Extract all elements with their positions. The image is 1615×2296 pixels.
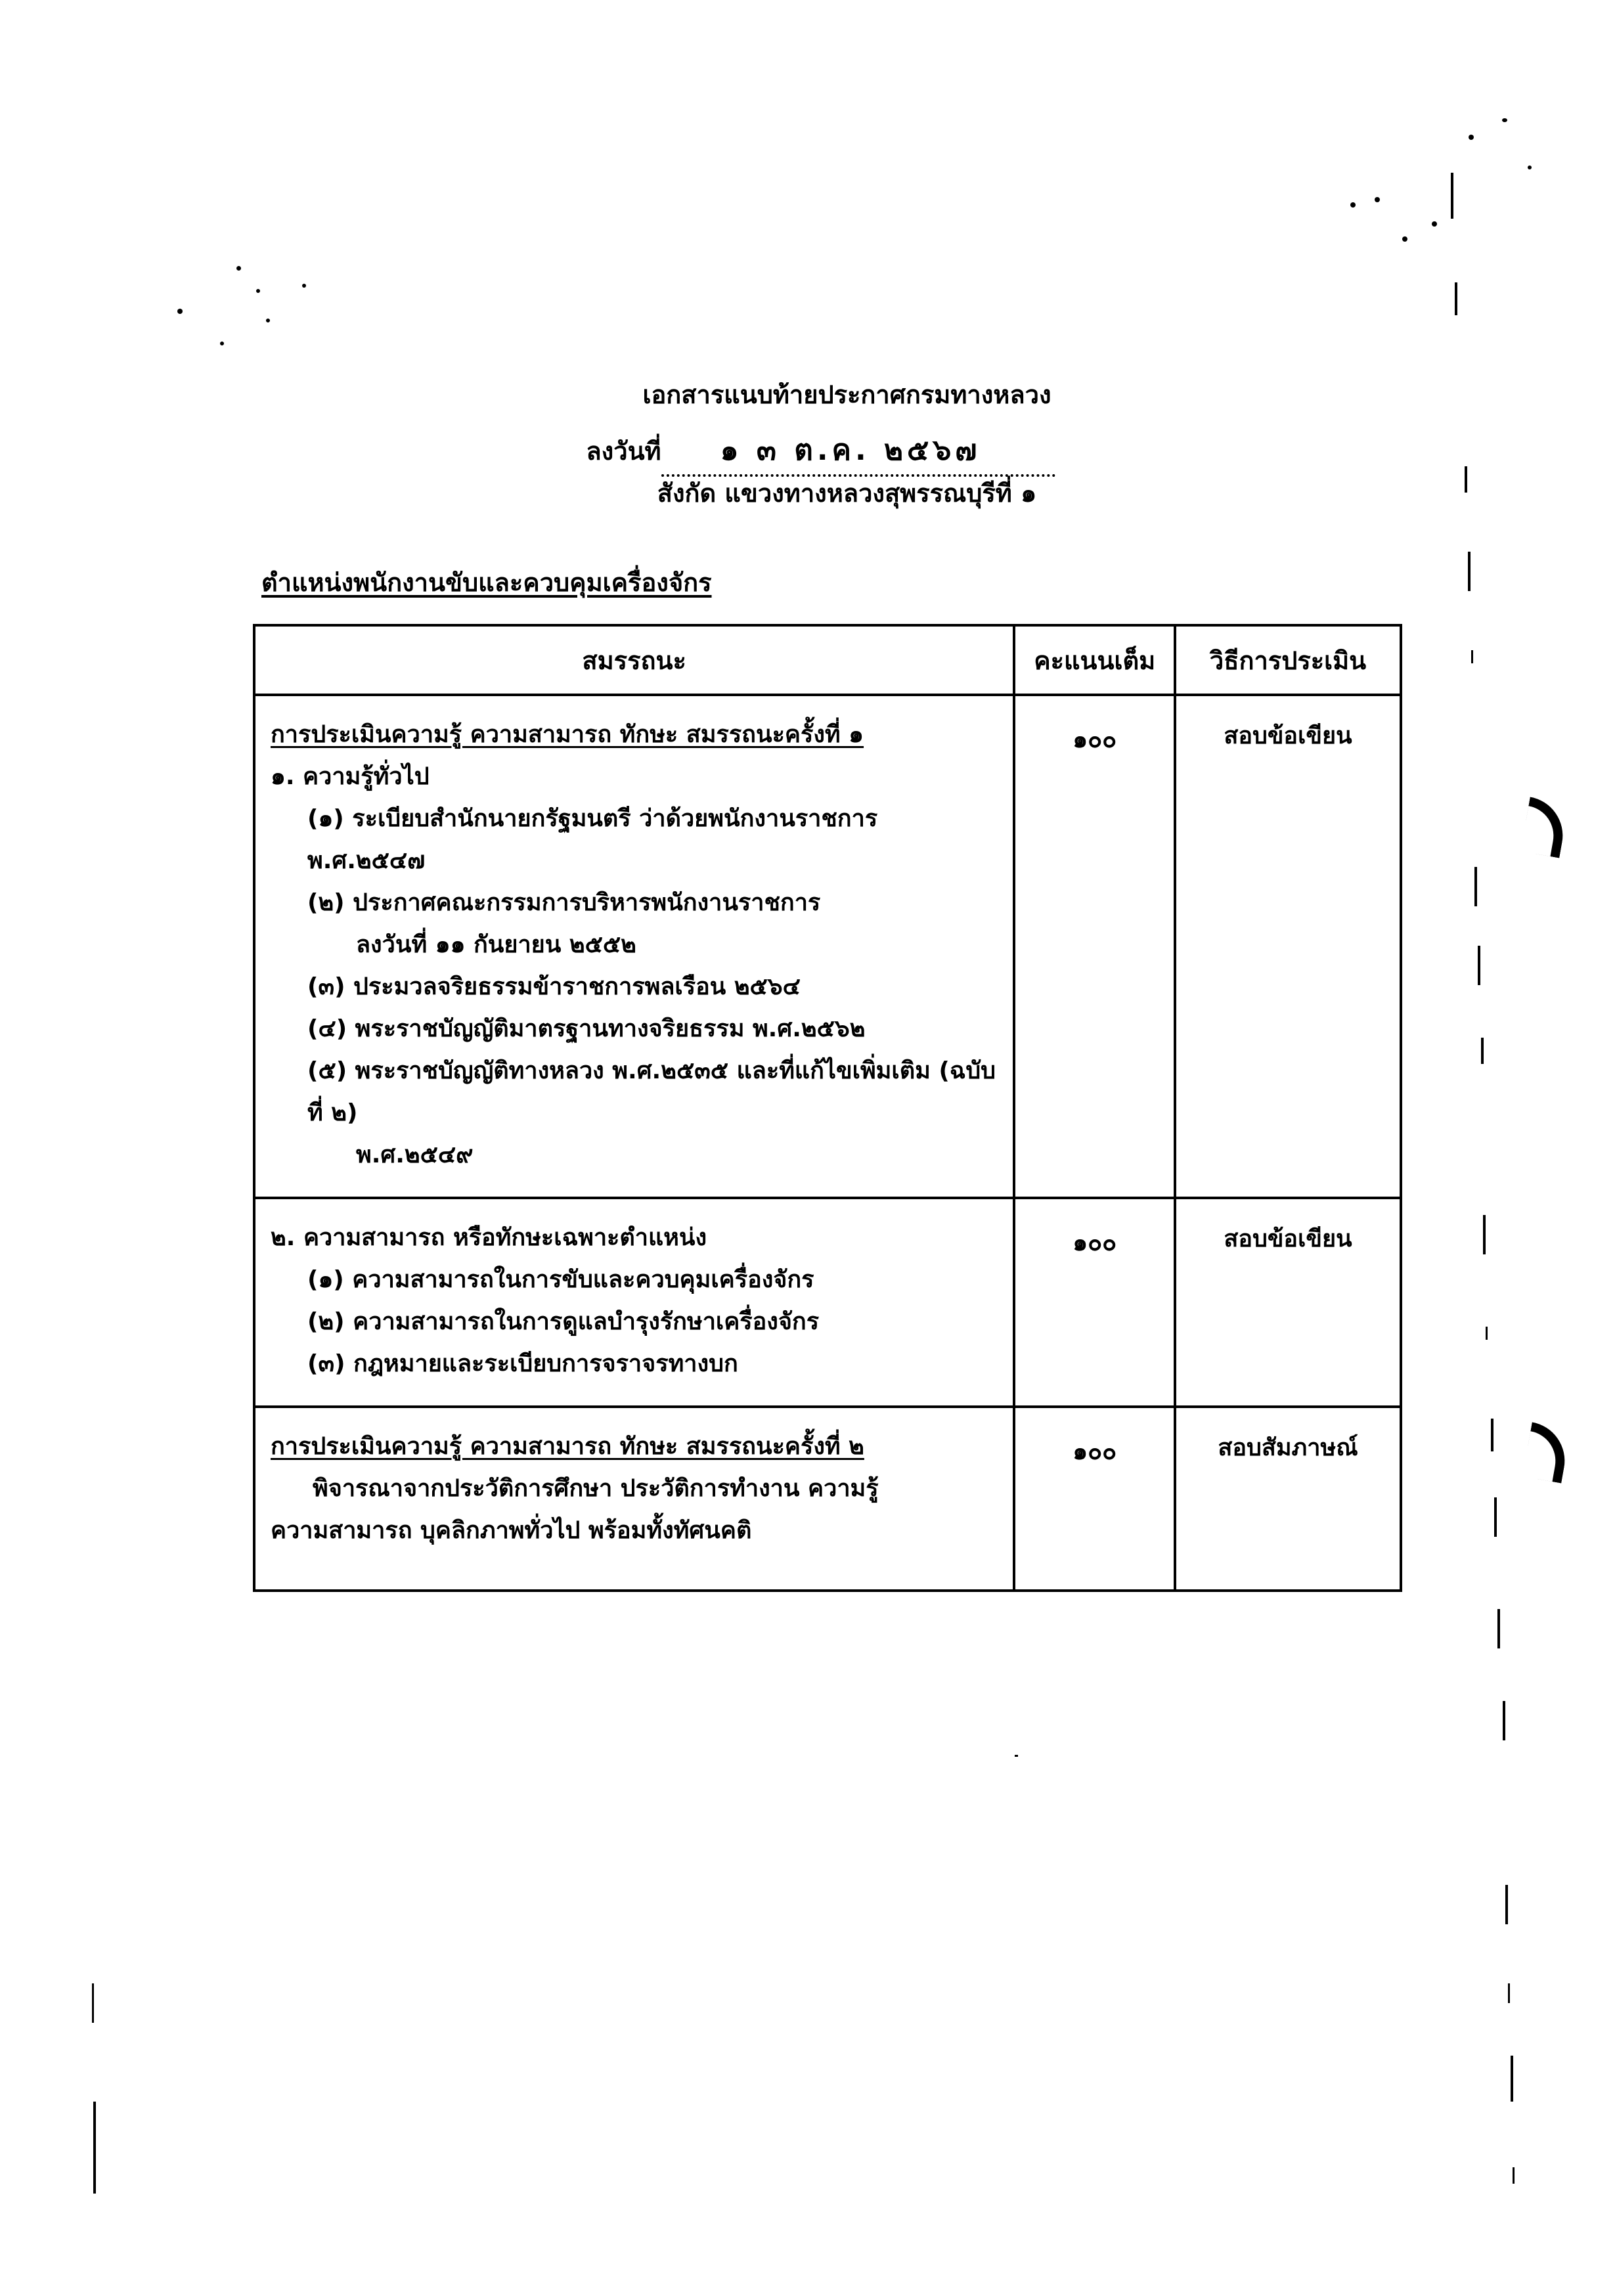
assessment-method: สอบข้อเขียน bbox=[1177, 1200, 1399, 1257]
document-page: เอกสารแนบท้ายประกาศกรมทางหลวง ลงวันที่๑ … bbox=[0, 0, 1615, 2296]
affiliation: สังกัด แขวงทางหลวงสุพรรณบุรีที่ ๑ bbox=[39, 473, 1615, 513]
scan-edge-mark bbox=[1478, 946, 1480, 985]
table-row: การประเมินความรู้ ความสามารถ ทักษะ สมรรถ… bbox=[254, 695, 1401, 1198]
paragraph-line: พิจารณาจากประวัติการศึกษา ประวัติการทำงา… bbox=[271, 1468, 999, 1510]
competency-table: สมรรถนะ คะแนนเต็ม วิธีการประเมิน การประเ… bbox=[253, 624, 1402, 1592]
scan-edge-mark bbox=[1513, 2167, 1515, 2184]
scan-speck bbox=[256, 289, 260, 293]
scan-edge-mark bbox=[1465, 466, 1467, 493]
list-item-continuation: พ.ศ.๒๕๔๙ bbox=[271, 1134, 999, 1176]
scan-speck bbox=[1350, 202, 1356, 208]
list-item: (๕) พระราชบัญญัติทางหลวง พ.ศ.๒๕๓๕ และที่… bbox=[271, 1050, 999, 1134]
assessment-method: สอบสัมภาษณ์ bbox=[1177, 1409, 1399, 1466]
subheading: ๒. ความสามารถ หรือทักษะเฉพาะตำแหน่ง bbox=[271, 1217, 999, 1259]
date-label: ลงวันที่ bbox=[586, 437, 661, 466]
scan-edge-mark bbox=[92, 1983, 94, 2023]
paragraph-line: ความสามารถ บุคลิกภาพทั่วไป พร้อมทั้งทัศน… bbox=[271, 1510, 999, 1552]
scan-edge-mark bbox=[1505, 1885, 1508, 1924]
method-cell: สอบข้อเขียน bbox=[1175, 695, 1401, 1198]
scan-edge-mark bbox=[1455, 282, 1457, 315]
list-item: (๑) ความสามารถในการขับและควบคุมเครื่องจั… bbox=[271, 1259, 999, 1301]
column-header-method: วิธีการประเมิน bbox=[1175, 625, 1401, 695]
scan-edge-mark bbox=[1474, 867, 1477, 906]
list-item: (๑) ระเบียบสำนักนายกรัฐมนตรี ว่าด้วยพนัก… bbox=[271, 798, 999, 882]
scan-edge-mark bbox=[1468, 552, 1471, 591]
score-cell: ๑๐๐ bbox=[1014, 1198, 1175, 1407]
date-line: ลงวันที่๑ ๓ ต.ค. ๒๕๖๗ bbox=[13, 427, 1615, 477]
scan-speck bbox=[1528, 166, 1532, 169]
scan-edge-mark bbox=[1481, 1038, 1484, 1064]
document-title: เอกสารแนบท้ายประกาศกรมทางหลวง bbox=[39, 374, 1615, 414]
scan-speck bbox=[1469, 135, 1474, 140]
list-item: (๔) พระราชบัญญัติมาตรฐานทางจริยธรรม พ.ศ.… bbox=[271, 1008, 999, 1050]
scan-edge-mark bbox=[1503, 1701, 1505, 1740]
competency-cell: การประเมินความรู้ ความสามารถ ทักษะ สมรรถ… bbox=[254, 695, 1014, 1198]
scan-speck bbox=[1375, 197, 1380, 202]
date-value: ๑ ๓ ต.ค. ๒๕๖๗ bbox=[720, 433, 981, 467]
table-row: ๒. ความสามารถ หรือทักษะเฉพาะตำแหน่ง (๑) … bbox=[254, 1198, 1401, 1407]
competency-cell: ๒. ความสามารถ หรือทักษะเฉพาะตำแหน่ง (๑) … bbox=[254, 1198, 1014, 1407]
scan-edge-mark bbox=[1451, 173, 1453, 219]
round-heading: การประเมินความรู้ ความสามารถ ทักษะ สมรรถ… bbox=[271, 714, 999, 756]
list-item: (๒) ประกาศคณะกรรมการบริหารพนักงานราชการ bbox=[271, 882, 999, 924]
list-item-continuation: ลงวันที่ ๑๑ กันยายน ๒๕๕๒ bbox=[271, 924, 999, 966]
scan-speck bbox=[1432, 221, 1437, 227]
full-score: ๑๐๐ bbox=[1016, 697, 1173, 758]
list-item: (๓) กฎหมายและระเบียบการจราจรทางบก bbox=[271, 1343, 999, 1385]
table-header-row: สมรรถนะ คะแนนเต็ม วิธีการประเมิน bbox=[254, 625, 1401, 695]
scan-edge-mark bbox=[1511, 2056, 1513, 2102]
position-title: ตำแหน่งพนักงานขับและควบคุมเครื่องจักร bbox=[261, 562, 712, 602]
column-header-competency: สมรรถนะ bbox=[254, 625, 1014, 695]
scan-speck bbox=[302, 284, 306, 288]
scan-speck bbox=[1502, 118, 1507, 122]
scan-speck bbox=[236, 266, 241, 271]
scan-speck bbox=[177, 309, 183, 314]
scan-speck bbox=[1015, 1755, 1018, 1757]
date-field: ๑ ๓ ต.ค. ๒๕๖๗ bbox=[661, 427, 1055, 477]
scan-edge-mark bbox=[1508, 1983, 1510, 2003]
scan-edge-mark bbox=[1486, 1327, 1488, 1340]
method-cell: สอบข้อเขียน bbox=[1175, 1198, 1401, 1407]
scan-speck bbox=[1402, 236, 1407, 242]
scan-speck bbox=[220, 342, 224, 345]
scan-edge-mark bbox=[1497, 1609, 1500, 1648]
score-cell: ๑๐๐ bbox=[1014, 1407, 1175, 1591]
full-score: ๑๐๐ bbox=[1016, 1409, 1173, 1470]
scan-edge-mark bbox=[1494, 1497, 1497, 1537]
table-row: การประเมินความรู้ ความสามารถ ทักษะ สมรรถ… bbox=[254, 1407, 1401, 1591]
assessment-method: สอบข้อเขียน bbox=[1177, 697, 1399, 754]
list-item: (๓) ประมวลจริยธรรมข้าราชการพลเรือน ๒๕๖๔ bbox=[271, 966, 999, 1008]
competency-cell: การประเมินความรู้ ความสามารถ ทักษะ สมรรถ… bbox=[254, 1407, 1014, 1591]
scan-edge-mark bbox=[1491, 1419, 1493, 1451]
list-item: (๒) ความสามารถในการดูแลบำรุงรักษาเครื่อง… bbox=[271, 1301, 999, 1343]
subheading: ๑. ความรู้ทั่วไป bbox=[271, 756, 999, 798]
scan-speck bbox=[266, 319, 270, 322]
method-cell: สอบสัมภาษณ์ bbox=[1175, 1407, 1401, 1591]
scan-edge-mark bbox=[1483, 1215, 1486, 1254]
column-header-full-score: คะแนนเต็ม bbox=[1014, 625, 1175, 695]
scan-edge-mark bbox=[1471, 650, 1473, 663]
full-score: ๑๐๐ bbox=[1016, 1200, 1173, 1261]
score-cell: ๑๐๐ bbox=[1014, 695, 1175, 1198]
scan-edge-mark bbox=[93, 2102, 96, 2194]
punch-hole-mark bbox=[1522, 1422, 1571, 1483]
round-heading: การประเมินความรู้ ความสามารถ ทักษะ สมรรถ… bbox=[271, 1426, 999, 1468]
punch-hole-mark bbox=[1520, 797, 1569, 858]
